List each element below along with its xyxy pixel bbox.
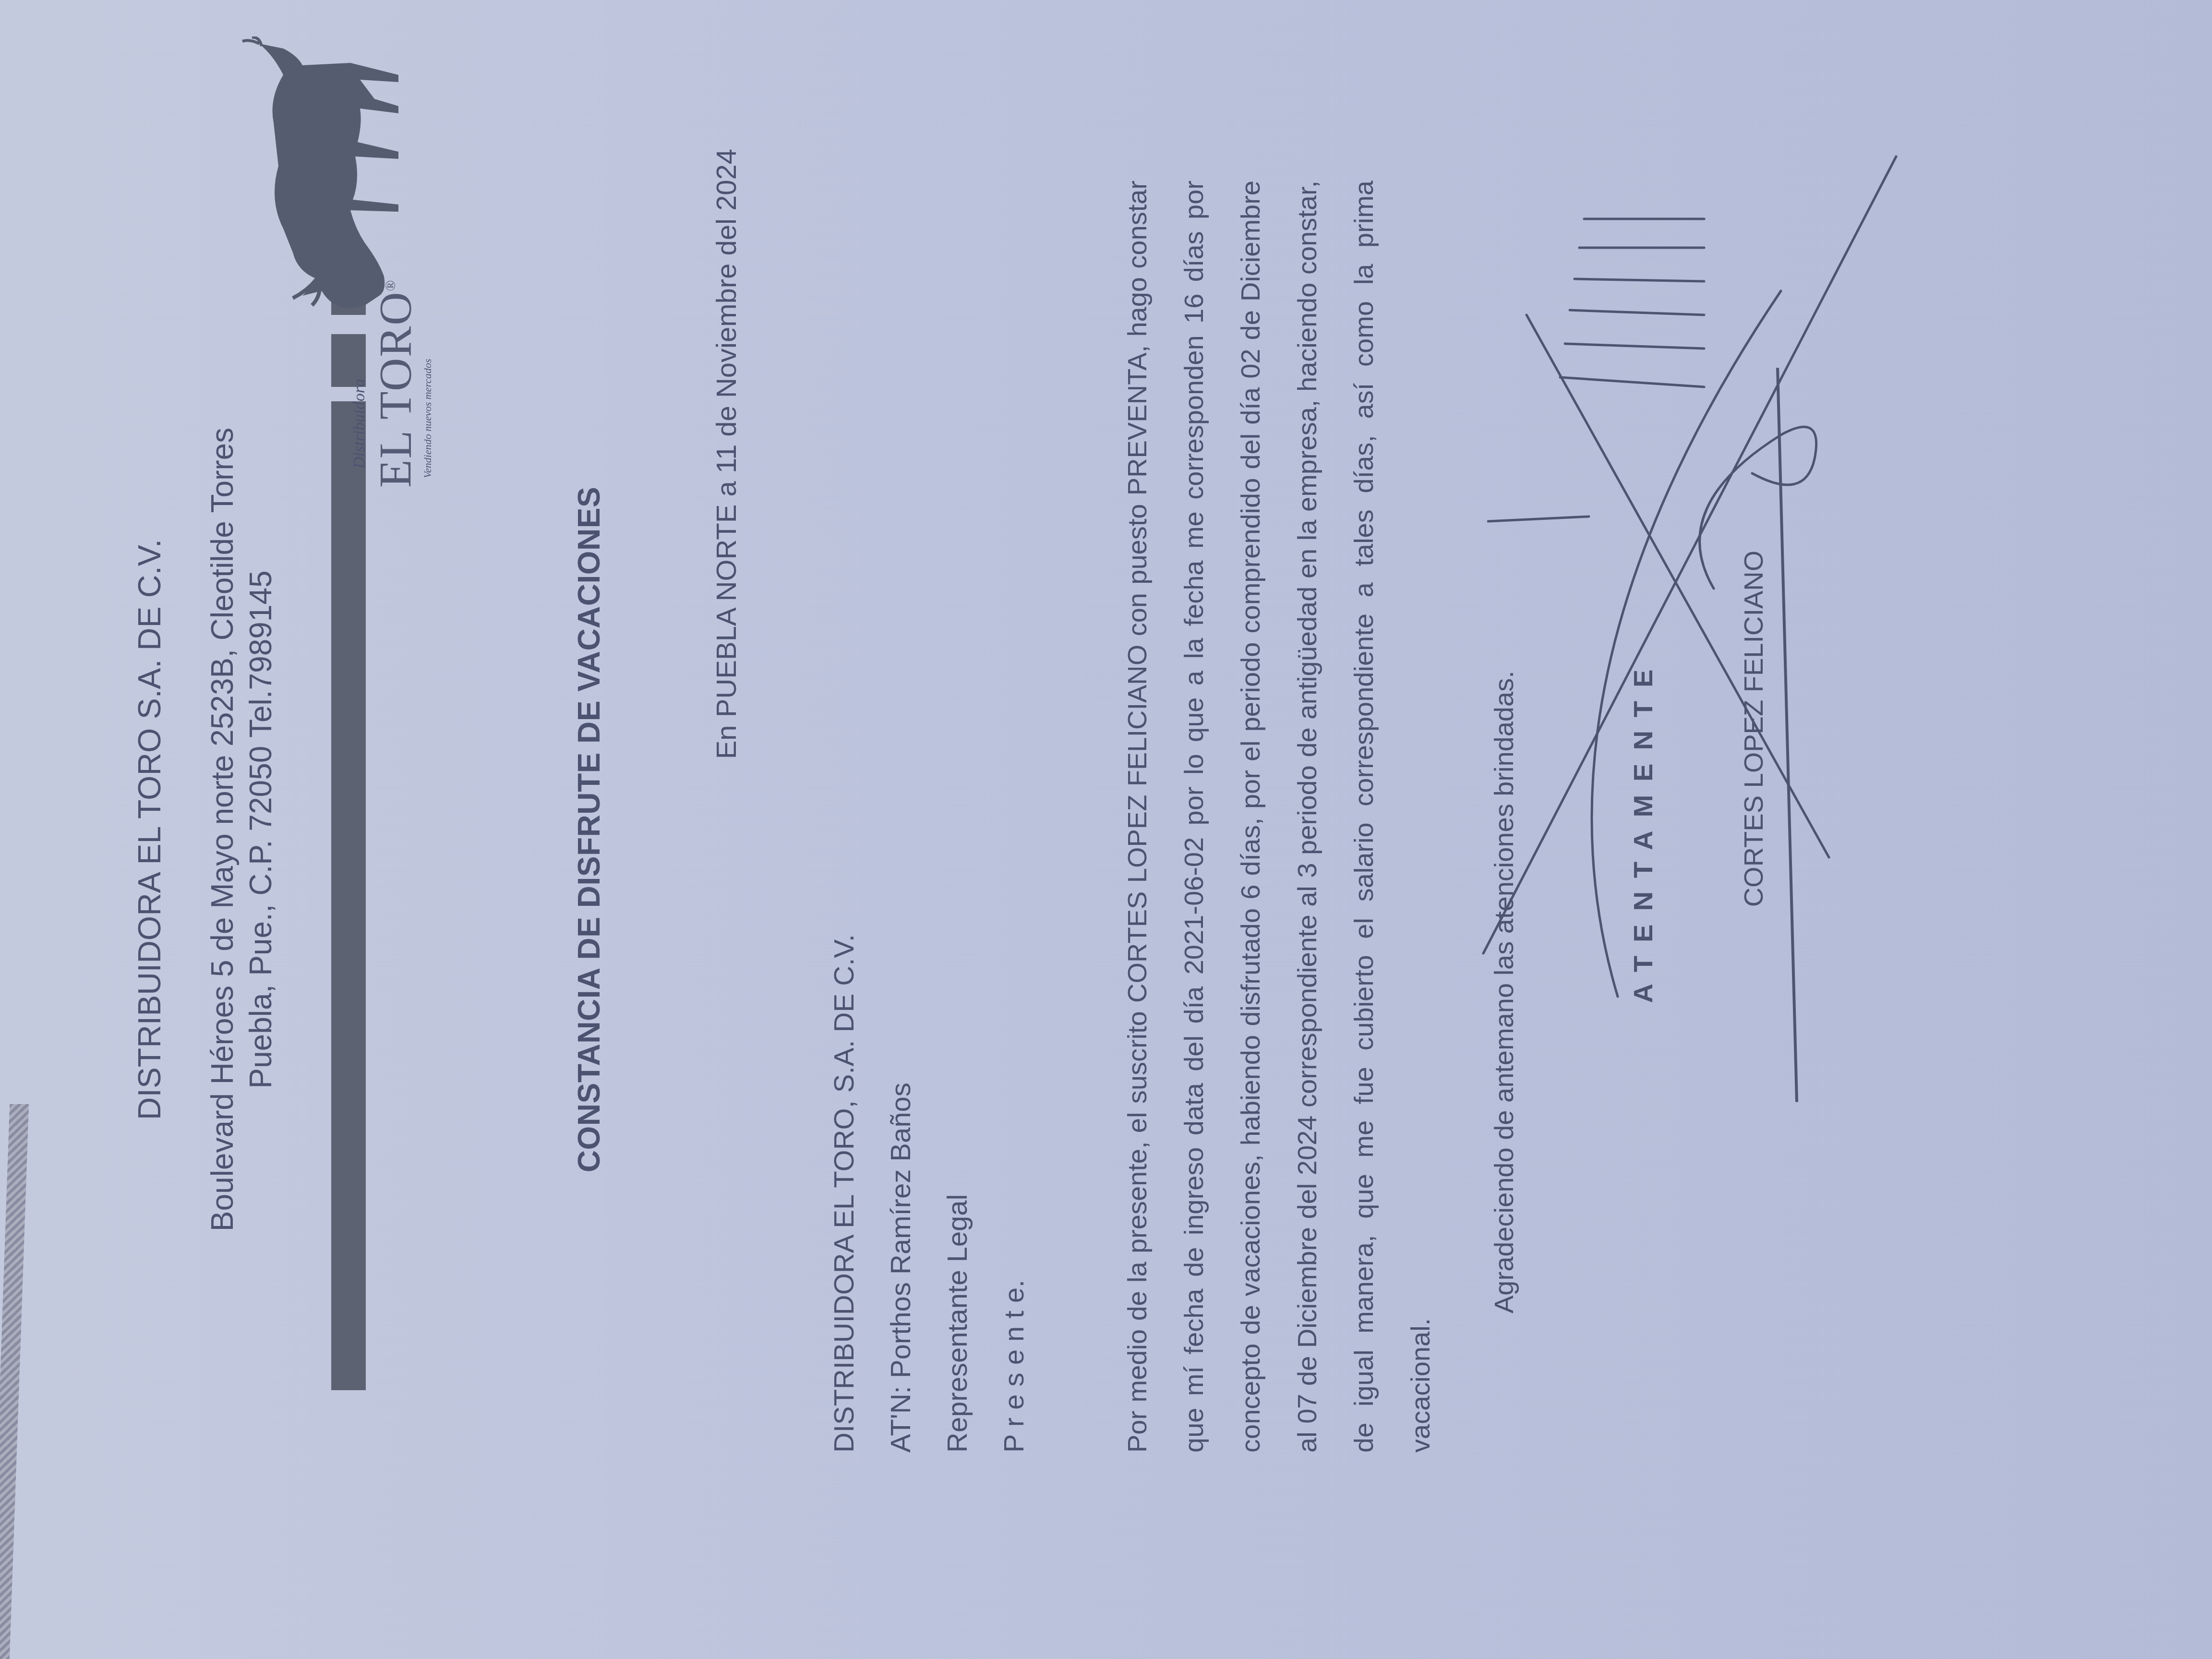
recipient-role: Representante Legal bbox=[929, 934, 986, 1453]
logo-brand: EL TORO® bbox=[369, 279, 422, 488]
body-paragraph: Por medio de la presente, el suscrito CO… bbox=[1109, 180, 1449, 1453]
recipient-greeting: P r e s e n t e. bbox=[986, 934, 1043, 1453]
logo-tagline: Vendiendo nuevos mercados bbox=[421, 359, 434, 478]
place-date: En PUEBLA NORTE a 11 de Noviembre del 20… bbox=[710, 149, 743, 759]
signer-name: CORTES LOPEZ FELICIANO bbox=[1738, 0, 1769, 1659]
handwritten-signature bbox=[1416, 99, 1944, 1011]
decorative-bar-long bbox=[331, 401, 366, 1390]
logo-brand-text: EL TORO bbox=[370, 291, 421, 488]
recipient-attention: AT'N: Porthos Ramírez Baños bbox=[873, 934, 929, 1453]
registered-mark: ® bbox=[383, 279, 398, 291]
letter-page: DISTRIBUIDORA EL TORO S.A. DE C.V. Boule… bbox=[0, 0, 2212, 1659]
letterhead-address-line1: Boulevard Héroes 5 de Mayo norte 2523B, … bbox=[203, 0, 241, 1659]
letterhead-company-name: DISTRIBUIDORA EL TORO S.A. DE C.V. bbox=[130, 0, 169, 1659]
company-logo: Distribuidora EL TORO® Vendiendo nuevos … bbox=[240, 36, 451, 497]
document-title: CONSTANCIA DE DISFRUTE DE VACACIONES bbox=[571, 0, 607, 1659]
recipient-block: DISTRIBUIDORA EL TORO, S.A. DE C.V. AT'N… bbox=[816, 934, 1043, 1453]
logo-small-text: Distribuidora bbox=[350, 379, 369, 469]
photo-background: DISTRIBUIDORA EL TORO S.A. DE C.V. Boule… bbox=[0, 0, 2212, 1659]
recipient-company: DISTRIBUIDORA EL TORO, S.A. DE C.V. bbox=[816, 934, 873, 1453]
